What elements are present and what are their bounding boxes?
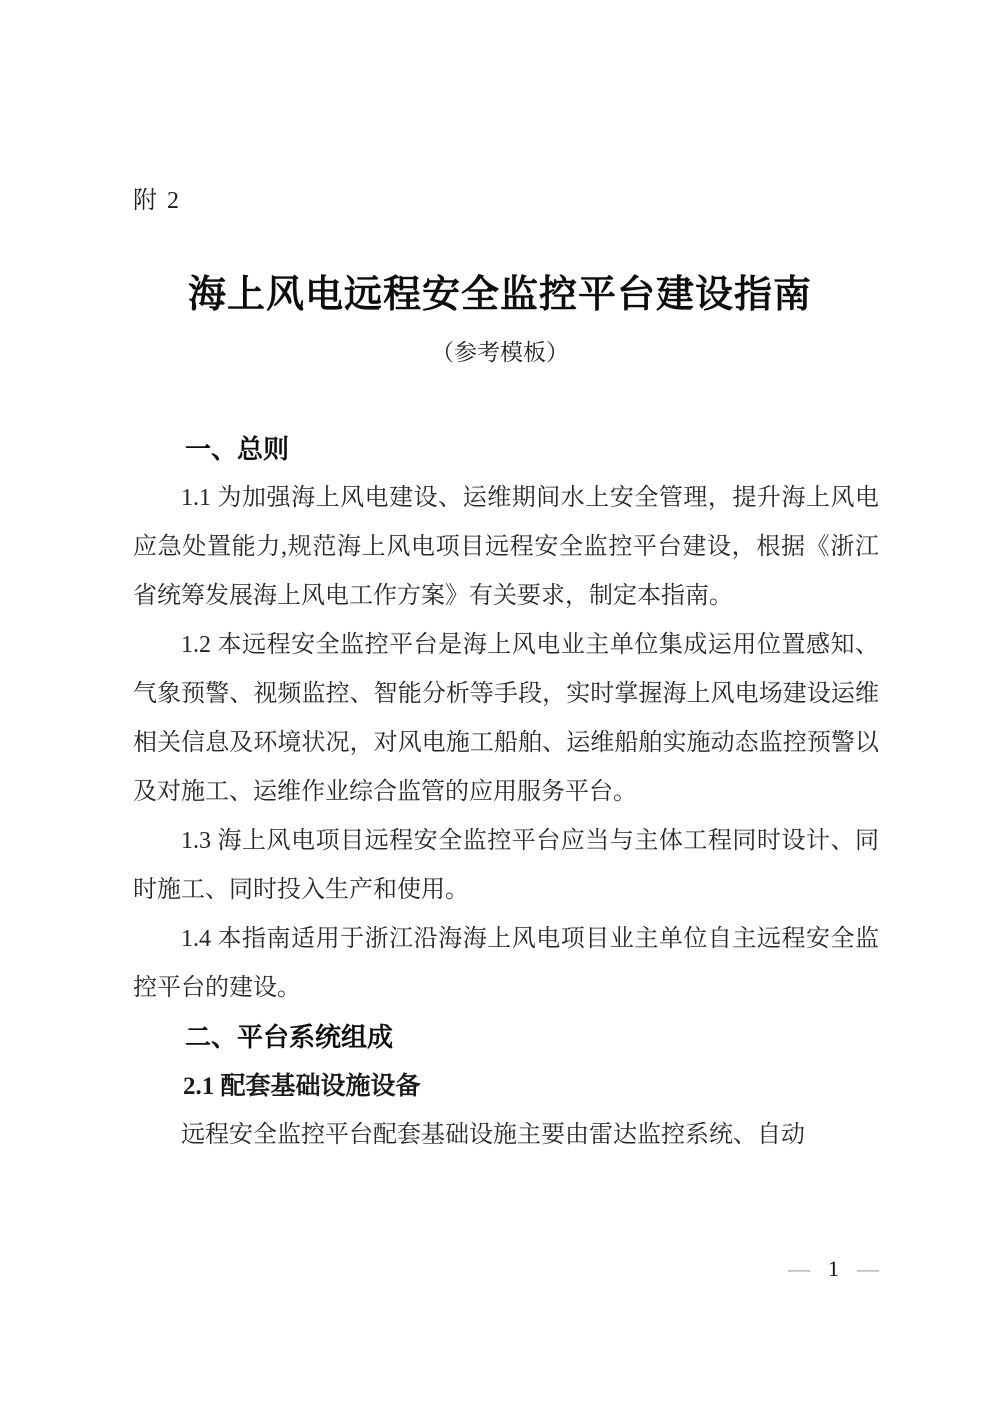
paragraph-1-2: 1.2 本远程安全监控平台是海上风电业主单位集成运用位置感知、气象预警、视频监控…: [133, 621, 879, 817]
page-footer: —1—: [133, 1252, 879, 1286]
attachment-label: 附 2: [133, 186, 181, 216]
section-heading-1: 一、总则: [133, 425, 879, 474]
footer-right-dash: —: [857, 1256, 879, 1281]
page-number: 1: [828, 1252, 839, 1286]
sub-heading-2-1: 2.1 配套基础设施设备: [133, 1062, 879, 1111]
section-heading-2: 二、平台系统组成: [133, 1013, 879, 1062]
document-body: 一、总则 1.1 为加强海上风电建设、运维期间水上安全管理，提升海上风电应急处置…: [133, 425, 879, 1160]
document-page: 附 2 海上风电远程安全监控平台建设指南 （参考模板） 一、总则 1.1 为加强…: [0, 0, 1000, 1414]
document-subtitle: （参考模板）: [0, 338, 1000, 368]
paragraph-1-3: 1.3 海上风电项目远程安全监控平台应当与主体工程同时设计、同时施工、同时投入生…: [133, 817, 879, 915]
document-title: 海上风电远程安全监控平台建设指南: [0, 272, 1000, 318]
paragraph-1-4: 1.4 本指南适用于浙江沿海海上风电项目业主单位自主远程安全监控平台的建设。: [133, 915, 879, 1013]
paragraph-1-1: 1.1 为加强海上风电建设、运维期间水上安全管理，提升海上风电应急处置能力,规范…: [133, 474, 879, 621]
footer-left-dash: —: [788, 1256, 810, 1281]
paragraph-2-1-body: 远程安全监控平台配套基础设施主要由雷达监控系统、自动: [133, 1111, 879, 1160]
